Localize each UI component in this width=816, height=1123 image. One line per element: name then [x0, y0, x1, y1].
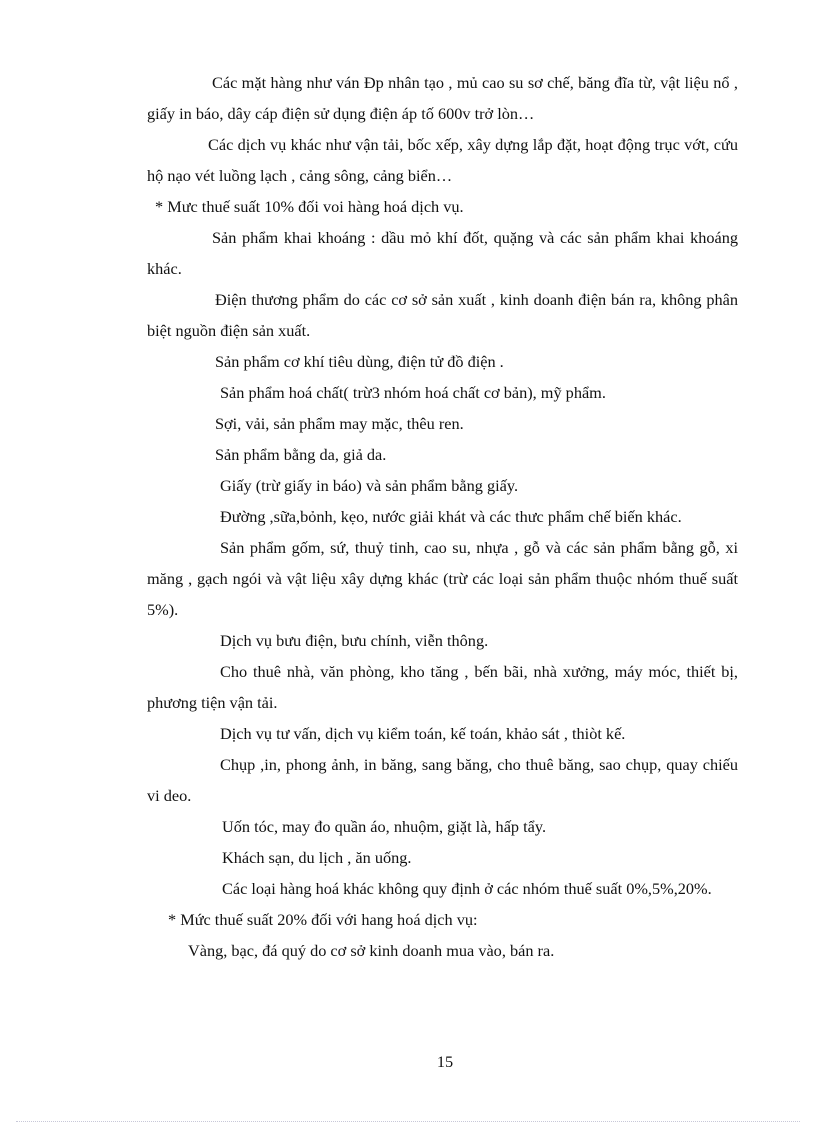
paragraph-synthetic-materials: Các mặt hàng như ván Đp nhân tạo , mủ ca…	[147, 67, 738, 129]
paragraph-hospitality: Khách sạn, du lịch , ăn uống.	[147, 842, 738, 873]
page-number: 15	[0, 1052, 816, 1072]
paragraph-mining-products: Sản phẩm khai khoáng : dầu mỏ khí đốt, q…	[147, 222, 738, 284]
paragraph-consumer-mechanical: Sản phẩm cơ khí tiêu dùng, điện tử đồ đi…	[147, 346, 738, 377]
paragraph-other-services: Các dịch vụ khác như vận tải, bốc xếp, x…	[147, 129, 738, 191]
paragraph-ceramics-building: Sản phẩm gốm, sứ, thuỷ tinh, cao su, nhự…	[147, 532, 738, 625]
paragraph-paper: Giấy (trừ giấy in báo) và sản phẩm bằng …	[147, 470, 738, 501]
paragraph-tailoring: Uốn tóc, may đo quần áo, nhuộm, giặt là,…	[147, 811, 738, 842]
paragraph-chemicals: Sản phẩm hoá chất( trừ3 nhóm hoá chất cơ…	[147, 377, 738, 408]
paragraph-commercial-electricity: Điện thương phẩm do các cơ sở sản xuất ,…	[147, 284, 738, 346]
paragraph-textiles: Sợi, vải, sản phẩm may mặc, thêu ren.	[147, 408, 738, 439]
paragraph-leather: Sản phẩm bằng da, giả da.	[147, 439, 738, 470]
paragraph-precious-metals: Vàng, bạc, đá quý do cơ sở kinh doanh mu…	[147, 935, 738, 966]
paragraph-postal-services: Dịch vụ bưu điện, bưu chính, viễn thông.	[147, 625, 738, 656]
heading-tax-rate-10: * Mưc thuế suất 10% đối voi hàng hoá dịc…	[147, 191, 738, 222]
document-body: Các mặt hàng như ván Đp nhân tạo , mủ ca…	[147, 67, 738, 966]
document-page: Các mặt hàng như ván Đp nhân tạo , mủ ca…	[0, 0, 816, 1123]
paragraph-photography: Chụp ,in, phong ảnh, in băng, sang băng,…	[147, 749, 738, 811]
paragraph-other-goods: Các loại hàng hoá khác không quy định ở …	[147, 873, 738, 904]
paragraph-consulting: Dịch vụ tư vấn, dịch vụ kiểm toán, kế to…	[147, 718, 738, 749]
paragraph-rentals: Cho thuê nhà, văn phòng, kho tăng , bến …	[147, 656, 738, 718]
page-boundary-divider	[16, 1121, 800, 1122]
heading-tax-rate-20: * Mức thuế suất 20% đối với hang hoá dịc…	[147, 904, 738, 935]
paragraph-food-products: Đường ,sữa,bỏnh, kẹo, nước giải khát và …	[147, 501, 738, 532]
